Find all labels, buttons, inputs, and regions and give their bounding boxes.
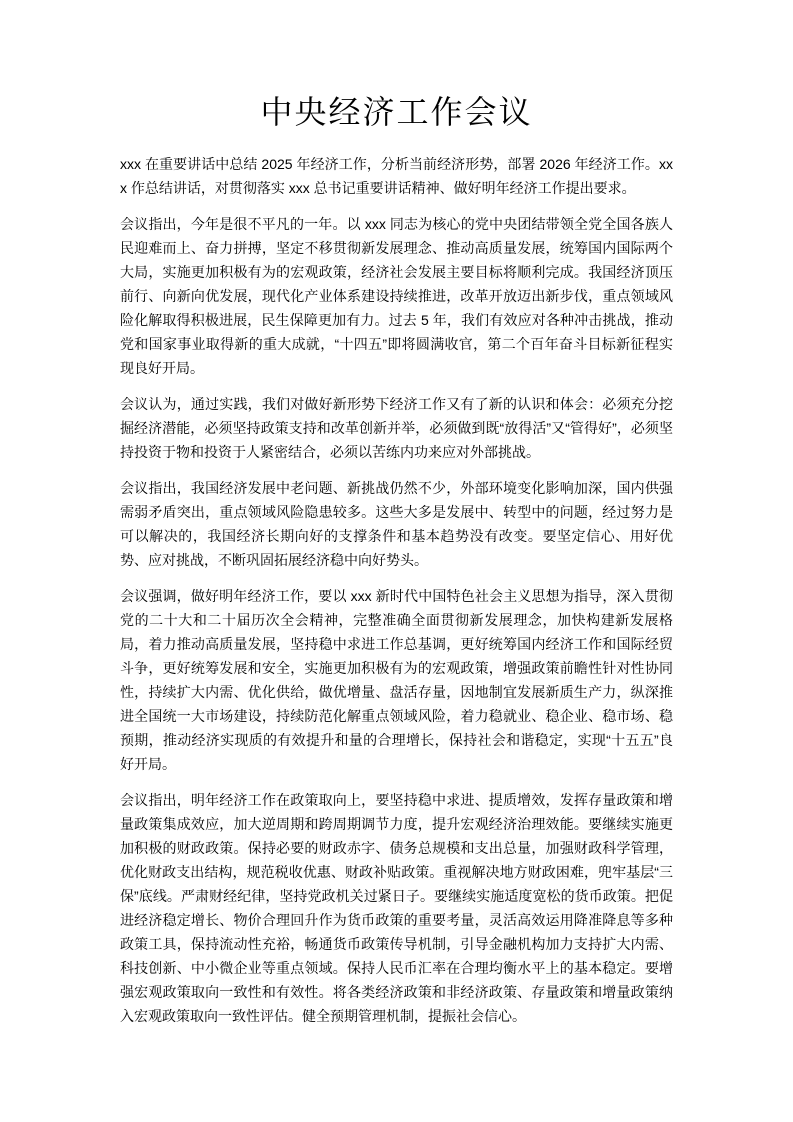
paragraph-guiding-principles: 会议强调，做好明年经济工作，要以 xxx 新时代中国特色社会主义思想为指导，深入… <box>120 584 673 776</box>
paragraph-policy-orientation: 会议指出，明年经济工作在政策取向上，要坚持稳中求进、提质增效，发挥存量政策和增量… <box>120 788 673 1028</box>
paragraph-review-this-year: 会议指出，今年是很不平凡的一年。以 xxx 同志为核心的党中央团结带领全党全国各… <box>120 212 673 380</box>
paragraph-understandings: 会议认为，通过实践，我们对做好新形势下经济工作又有了新的认识和体会：必须充分挖掘… <box>120 392 673 464</box>
document-page: 中央经济工作会议 xxx 在重要讲话中总结 2025 年经济工作，分析当前经济形… <box>0 0 793 1122</box>
paragraph-intro: xxx 在重要讲话中总结 2025 年经济工作，分析当前经济形势，部署 2026… <box>120 152 673 200</box>
document-title: 中央经济工作会议 <box>120 92 673 132</box>
paragraph-challenges: 会议指出，我国经济发展中老问题、新挑战仍然不少，外部环境变化影响加深，国内供强需… <box>120 476 673 572</box>
